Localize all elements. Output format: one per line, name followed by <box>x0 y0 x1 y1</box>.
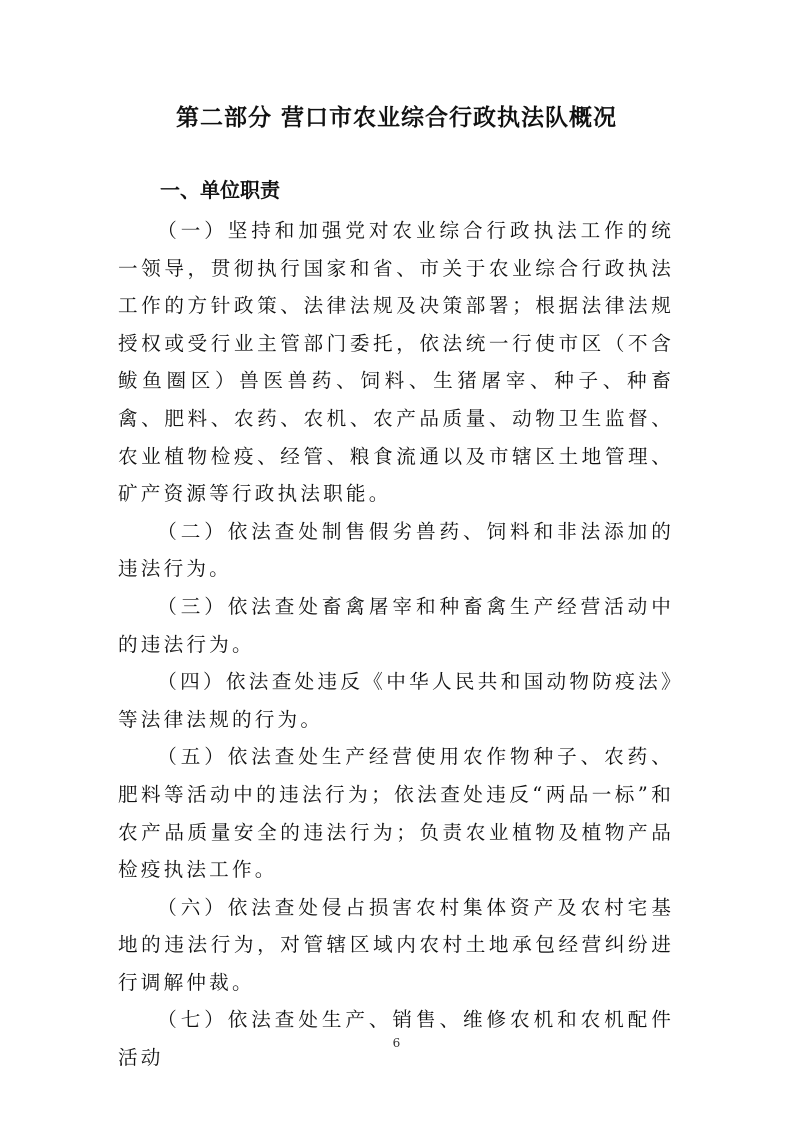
paragraph-6: （六）依法查处侵占损害农村集体资产及农村宅基地的违法行为，对管辖区域内农村土地承… <box>118 889 674 1002</box>
body-text: （一）坚持和加强党对农业综合行政执法工作的统一领导，贯彻执行国家和省、市关于农业… <box>118 212 674 1077</box>
paragraph-1: （一）坚持和加强党对农业综合行政执法工作的统一领导，贯彻执行国家和省、市关于农业… <box>118 212 674 513</box>
paragraph-4: （四）依法查处违反《中华人民共和国动物防疫法》等法律法规的行为。 <box>118 663 674 738</box>
page-title: 第二部分 营口市农业综合行政执法队概况 <box>0 100 793 136</box>
paragraph-5: （五）依法查处生产经营使用农作物种子、农药、肥料等活动中的违法行为；依法查处违反… <box>118 738 674 888</box>
paragraph-2: （二）依法查处制售假劣兽药、饲料和非法添加的违法行为。 <box>118 513 674 588</box>
paragraph-3: （三）依法查处畜禽屠宰和种畜禽生产经营活动中的违法行为。 <box>118 588 674 663</box>
page-number: 6 <box>0 1036 793 1050</box>
document-page: 第二部分 营口市农业综合行政执法队概况 一、单位职责 （一）坚持和加强党对农业综… <box>0 0 793 1122</box>
section-heading: 一、单位职责 <box>160 176 280 204</box>
